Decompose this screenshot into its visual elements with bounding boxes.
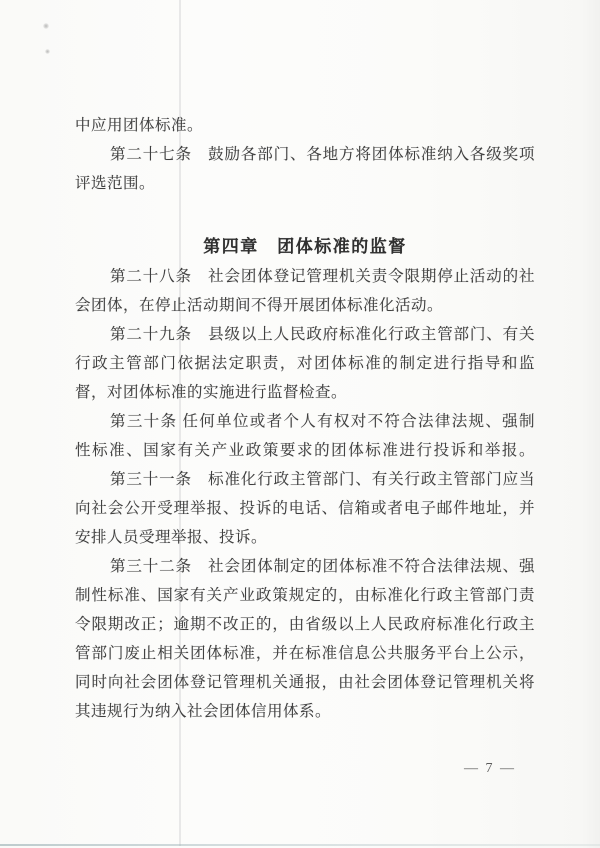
text-line: 管部门废止相关团体标准，并在标准信息公共服务平台上公示， xyxy=(75,639,535,668)
document-text-column: 中应用团体标准。 第二十七条 鼓励各部门、各地方将团体标准纳入各级奖项 评选范围… xyxy=(75,111,535,726)
text-line: 第二十七条 鼓励各部门、各地方将团体标准纳入各级奖项 xyxy=(75,140,535,169)
text-line: 安排人员受理举报、投诉。 xyxy=(75,523,535,552)
text-line: 评选范围。 xyxy=(75,169,535,198)
scan-page-edge xyxy=(0,844,600,846)
text-line: 会团体，在停止活动期间不得开展团体标准化活动。 xyxy=(75,291,535,320)
scan-smudge-mark xyxy=(43,23,49,29)
text-line: 第三十条 任何单位或者个人有权对不符合法律法规、强制 xyxy=(75,407,535,436)
text-line: 中应用团体标准。 xyxy=(75,111,535,140)
text-line: 令限期改正；逾期不改正的，由省级以上人民政府标准化行政主 xyxy=(75,610,535,639)
text-line: 行政主管部门依据法定职责，对团体标准的制定进行指导和监 xyxy=(75,349,535,378)
scanned-document-page: { "page": { "number": "7", "number_label… xyxy=(0,0,600,848)
chapter-heading: 第四章 团体标准的监督 xyxy=(75,232,535,262)
text-line: 制性标准、国家有关产业政策规定的，由标准化行政主管部门责 xyxy=(75,581,535,610)
scan-smudge-mark xyxy=(45,49,50,54)
page-number: — 7 — xyxy=(440,757,540,781)
text-line: 第三十一条 标准化行政主管部门、有关行政主管部门应当 xyxy=(75,465,535,494)
text-line: 性标准、国家有关产业政策要求的团体标准进行投诉和举报。 xyxy=(75,436,535,465)
text-line: 第三十二条 社会团体制定的团体标准不符合法律法规、强 xyxy=(75,552,535,581)
text-line: 第二十九条 县级以上人民政府标准化行政主管部门、有关 xyxy=(75,320,535,349)
text-line: 督，对团体标准的实施进行监督检查。 xyxy=(75,378,535,407)
text-line: 第二十八条 社会团体登记管理机关责令限期停止活动的社 xyxy=(75,262,535,291)
text-line: 其违规行为纳入社会团体信用体系。 xyxy=(75,697,535,726)
text-line: 同时向社会团体登记管理机关通报，由社会团体登记管理机关将 xyxy=(75,668,535,697)
text-line: 向社会公开受理举报、投诉的电话、信箱或者电子邮件地址，并 xyxy=(75,494,535,523)
